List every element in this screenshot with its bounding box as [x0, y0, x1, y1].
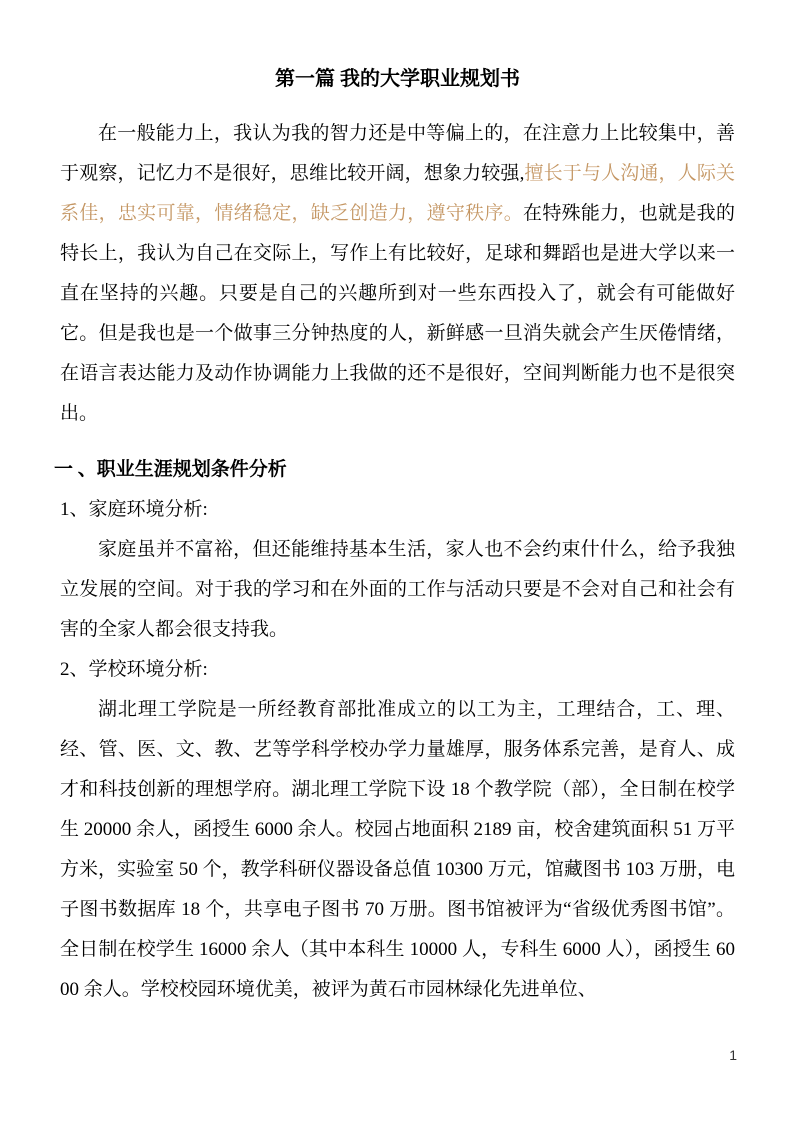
paragraph-school-environment: 湖北理工学院是一所经教育部批准成立的以工为主，工理结合，工、理、经、管、医、文、… [60, 690, 735, 1010]
subsection-title-family-environment: 1、家庭环境分析: [60, 490, 735, 530]
document-page: 第一篇 我的大学职业规划书 在一般能力上，我认为我的智力还是中等偏上的，在注意力… [0, 0, 793, 1122]
page-number: 1 [729, 1046, 737, 1064]
general-ability-text-black-2: 在特殊能力，也就是我的特长上，我认为自己在交际上，写作上有比较好，足球和舞蹈也是… [60, 203, 735, 424]
paragraph-family-environment: 家庭虽并不富裕，但还能维持基本生活，家人也不会约束什什么，给予我独立发展的空间。… [60, 530, 735, 650]
document-title: 第一篇 我的大学职业规划书 [60, 64, 735, 94]
paragraph-general-ability: 在一般能力上，我认为我的智力还是中等偏上的，在注意力上比较集中，善于观察，记忆力… [60, 114, 735, 434]
section-heading-career-planning-analysis: 一 、职业生涯规划条件分析 [54, 450, 735, 490]
subsection-title-school-environment: 2、学校环境分析: [60, 650, 735, 690]
